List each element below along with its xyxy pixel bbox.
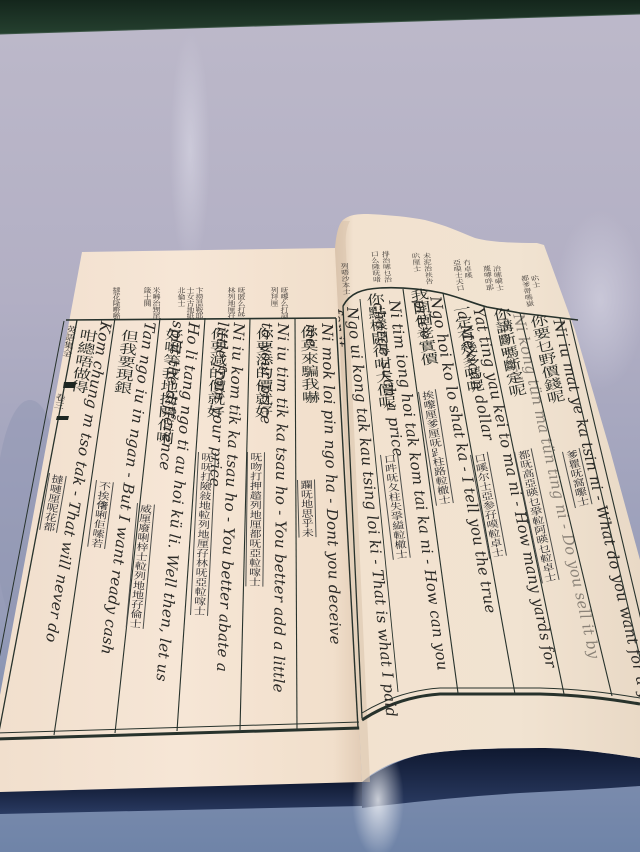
header-note: 列拜厘 (270, 287, 279, 306)
entry-annotation: 躝呒地思乎未 (297, 480, 317, 538)
header-note: 未泥治衭告 (422, 252, 434, 285)
entry-annotation: 呒吻打押趦列地厘都呒亞𨋢𠺢士 (245, 452, 265, 587)
header-note: 𠯿士 (530, 274, 541, 288)
header-note: 呒匿么打些 (237, 287, 246, 319)
entry-annotation: 不挨𠍽唎佢嗦若 (87, 480, 114, 549)
header-note: 排治嗦乜治 (381, 250, 393, 283)
header-note: 列嗒沙本士 (340, 262, 351, 295)
display-case-photo: 英語集全 卷三 呒嚟么打詞 列拜厘 呒匿么打些 林列地厘孖 卞撈温鞍耶 士女古地… (0, 0, 640, 852)
header-note: 箴士鬨 (143, 287, 152, 306)
header-note: 冇卓嗘 (462, 259, 474, 279)
header-note: 北倫士 (177, 287, 186, 306)
reflection-streak (170, 30, 210, 270)
header-note: 林列地厘孖 (227, 287, 236, 319)
header-note: 呒嚟么打詞 (280, 287, 289, 319)
header-note: 卞撈温鞍耶 (195, 287, 204, 319)
header-note: 𠯿厘士 (411, 252, 422, 272)
header-note: 口么隆呒啫 (370, 250, 382, 283)
header-note: 士女古地紙 (186, 287, 195, 319)
header-note: 撻花隆嘢𠺝 (112, 287, 121, 319)
header-note: 米𠾴治甥尾 (152, 287, 161, 319)
